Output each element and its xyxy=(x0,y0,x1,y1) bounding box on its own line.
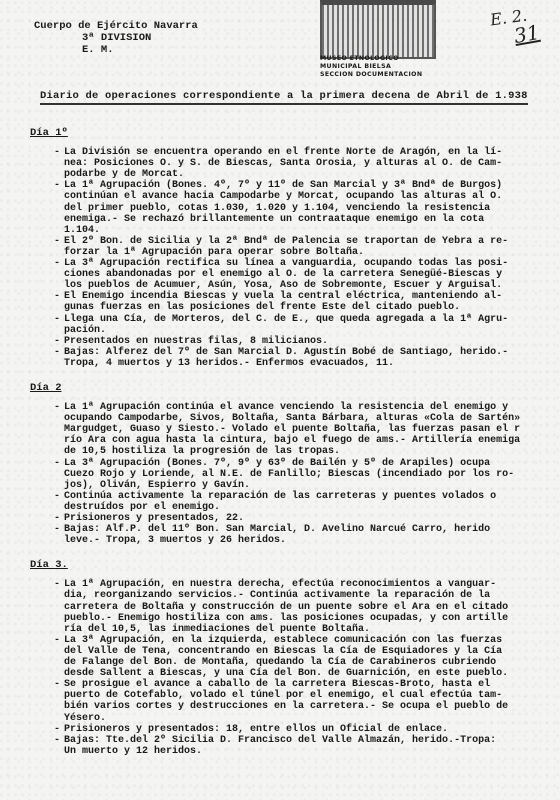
entry-line: los pueblos de Acumuer, Asún, Yosa, Aso … xyxy=(64,280,558,291)
entry-line: nea: Posiciones O. y S. de Biescas, Sant… xyxy=(64,158,558,169)
entry-line: Prisioneros y presentados, 22. xyxy=(64,513,558,524)
entry-item: Prisioneros y presentados: 18, entre ell… xyxy=(54,724,558,735)
entry-line: La 3ª Agrupación (Bones. 7º, 9º y 63º de… xyxy=(64,458,558,469)
entry-line: La 1ª Agrupación continúa el avance venc… xyxy=(64,402,558,413)
entry-line: carretera de Boltaña y construcción de u… xyxy=(64,602,558,613)
entry-line: Se prosigue el avance a caballo de la ca… xyxy=(64,679,558,690)
entry-item: La 1ª Agrupación, en nuestra derecha, ef… xyxy=(54,579,558,634)
entry-line: Cuezo Rojo y Loriende, al N.E. de Fanlil… xyxy=(64,469,558,480)
document-title: Diario de operaciones correspondiente a … xyxy=(40,90,528,105)
day-heading: Día 1º xyxy=(30,128,558,139)
entry-item: El Enemigo incendia Biescas y vuela la c… xyxy=(54,291,558,313)
day-heading: Día 2 xyxy=(30,383,558,394)
entry-line: pación. xyxy=(64,325,558,336)
letterhead-corps: Cuerpo de Ejército Navarra xyxy=(34,20,198,32)
entry-item: Bajas: Alferez del 7º de San Marcial D. … xyxy=(54,347,558,369)
entry-line: podarbe y de Morcat. xyxy=(64,169,558,180)
entry-line: pueblo.- Enemigo hostiliza con ams. las … xyxy=(64,613,558,624)
entry-line: desde Sallent a Biescas, y una Cía del B… xyxy=(64,668,558,679)
entry-line: Llega una Cía, de Morteros, del C. de E.… xyxy=(64,314,558,325)
entry-line: Yésero. xyxy=(64,713,558,724)
entry-item: La 1ª Agrupación (Bones. 4º, 7º y 11º de… xyxy=(54,180,558,235)
entry-item: La División se encuentra operando en el … xyxy=(54,147,558,180)
entry-item: Bajas: Alf.P. del 11º Bon. San Marcial, … xyxy=(54,524,558,546)
entry-list: La División se encuentra operando en el … xyxy=(30,147,558,369)
entry-line: río Ara con agua hasta la cintura, bajo … xyxy=(64,435,558,446)
museum-stamp: MUSEO ETNOLOGICO MUNICIPAL BIELSA SECCIO… xyxy=(316,0,438,88)
entry-item: La 1ª Agrupación continúa el avance venc… xyxy=(54,402,558,457)
entry-line: Un muerto y 12 heridos. xyxy=(64,746,558,757)
entry-line: leve.- Tropa, 3 muertos y 26 heridos. xyxy=(64,535,558,546)
entry-item: Prisioneros y presentados, 22. xyxy=(54,513,558,524)
entry-line: Presentados en nuestras filas, 8 milicia… xyxy=(64,336,558,347)
entry-line: 1.104. xyxy=(64,225,558,236)
entry-line: de Falange del Bon. de Montaña, quedando… xyxy=(64,657,558,668)
entry-line: bién varios cortes y destrucciones en la… xyxy=(64,701,558,712)
stamp-line-3: SECCION DOCUMENTACION xyxy=(320,71,422,79)
entry-item: Llega una Cía, de Morteros, del C. de E.… xyxy=(54,314,558,336)
entry-item: Presentados en nuestras filas, 8 milicia… xyxy=(54,336,558,347)
document-body: Día 1ºLa División se encuentra operando … xyxy=(30,128,558,771)
entry-list: La 1ª Agrupación, en nuestra derecha, ef… xyxy=(30,579,558,757)
entry-line: ciones abandonadas por el enemigo al O. … xyxy=(64,269,558,280)
entry-line: jos), Oliván, Espierro y Gavín. xyxy=(64,480,558,491)
entry-line: continúan el avance hacia Campodarbe y M… xyxy=(64,191,558,202)
entry-item: La 3ª Agrupación rectifica su línea a va… xyxy=(54,258,558,291)
entry-line: Bajas: Alferez del 7º de San Marcial D. … xyxy=(64,347,558,358)
entry-line: ría del 10,5, las inmediaciones del puen… xyxy=(64,624,558,635)
entry-line: Continúa activamente la reparación de la… xyxy=(64,491,558,502)
entry-line: puerto de Cotefablo, volado el túnel por… xyxy=(64,690,558,701)
day-section: Día 1ºLa División se encuentra operando … xyxy=(30,128,558,369)
entry-item: El 2º Bon. de Sicilia y la 2ª Bndª de Pa… xyxy=(54,236,558,258)
entry-line: ocupando Campodarbe, Sivos, Boltaña, San… xyxy=(64,413,558,424)
letterhead-staff: E. M. xyxy=(34,44,198,56)
day-section: Día 3.La 1ª Agrupación, en nuestra derec… xyxy=(30,560,558,757)
entry-line: El Enemigo incendia Biescas y vuela la c… xyxy=(64,291,558,302)
entry-line: La 3ª Agrupación, en la izquierda, estab… xyxy=(64,635,558,646)
museum-building-icon xyxy=(320,0,436,59)
entry-line: La División se encuentra operando en el … xyxy=(64,147,558,158)
entry-line: forzar la 1ª Agrupación para operar sobr… xyxy=(64,247,558,258)
entry-line: Margudget, Guaso y Siesto.- Volado el pu… xyxy=(64,424,558,435)
entry-line: del primer pueblo, cotas 1.030, 1.020 y … xyxy=(64,203,558,214)
entry-line: de 10,5 hostiliza la progresión de las t… xyxy=(64,446,558,457)
entry-line: enemiga.- Se rechazó brillantemente un c… xyxy=(64,214,558,225)
entry-line: destruídos por el enemigo. xyxy=(64,502,558,513)
entry-line: Bajas: Tte.del 2º Sicilia D. Francisco d… xyxy=(64,735,558,746)
entry-item: La 3ª Agrupación (Bones. 7º, 9º y 63º de… xyxy=(54,458,558,491)
archive-reference-number: 31 xyxy=(512,20,541,48)
entry-item: Se prosigue el avance a caballo de la ca… xyxy=(54,679,558,723)
day-section: Día 2La 1ª Agrupación continúa el avance… xyxy=(30,383,558,546)
entry-line: Prisioneros y presentados: 18, entre ell… xyxy=(64,724,558,735)
day-heading: Día 3. xyxy=(30,560,558,571)
entry-line: del Valle de Tena, concentrando en Biesc… xyxy=(64,646,558,657)
entry-line: La 1ª Agrupación (Bones. 4º, 7º y 11º de… xyxy=(64,180,558,191)
letterhead-division: 3ª DIVISION xyxy=(34,32,198,44)
entry-line: gunas fuerzas en las posiciones del fren… xyxy=(64,302,558,313)
entry-item: La 3ª Agrupación, en la izquierda, estab… xyxy=(54,635,558,679)
entry-line: El 2º Bon. de Sicilia y la 2ª Bndª de Pa… xyxy=(64,236,558,247)
entry-list: La 1ª Agrupación continúa el avance venc… xyxy=(30,402,558,546)
entry-item: Bajas: Tte.del 2º Sicilia D. Francisco d… xyxy=(54,735,558,757)
entry-line: Bajas: Alf.P. del 11º Bon. San Marcial, … xyxy=(64,524,558,535)
stamp-line-1: MUSEO ETNOLOGICO xyxy=(320,55,422,63)
entry-line: dia, reorganizando servicios.- Continúa … xyxy=(64,590,558,601)
entry-item: Continúa activamente la reparación de la… xyxy=(54,491,558,513)
scanned-page: Cuerpo de Ejército Navarra 3ª DIVISION E… xyxy=(0,0,560,800)
entry-line: Tropa, 4 muertos y 13 heridos.- Enfermos… xyxy=(64,358,558,369)
letterhead: Cuerpo de Ejército Navarra 3ª DIVISION E… xyxy=(34,20,198,56)
entry-line: La 1ª Agrupación, en nuestra derecha, ef… xyxy=(64,579,558,590)
entry-line: La 3ª Agrupación rectifica su línea a va… xyxy=(64,258,558,269)
stamp-line-2: MUNICIPAL BIELSA xyxy=(320,63,422,71)
